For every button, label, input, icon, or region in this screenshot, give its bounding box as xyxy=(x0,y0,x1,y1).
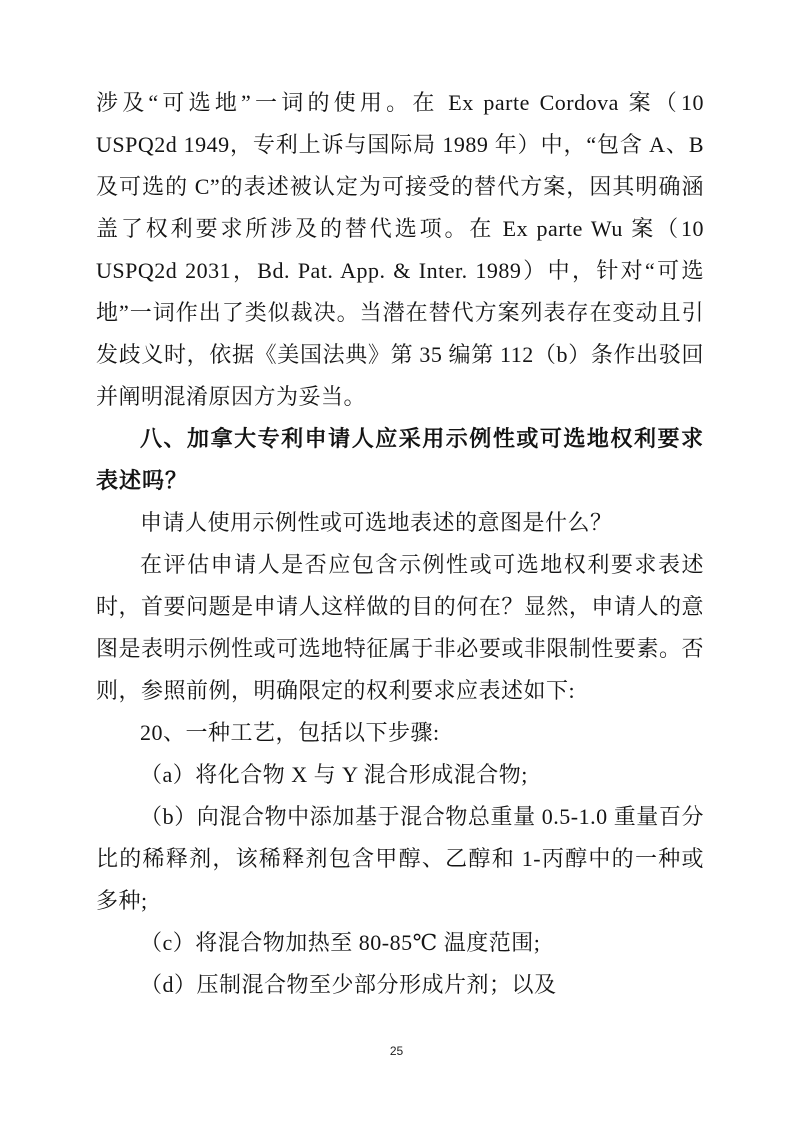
page-number: 25 xyxy=(0,1044,793,1058)
claim-step-b: （b）向混合物中添加基于混合物总重量 0.5-1.0 重量百分比的稀释剂，该稀释… xyxy=(96,796,704,922)
body-paragraph: 在评估申请人是否应包含示例性或可选地权利要求表述时，首要问题是申请人这样做的目的… xyxy=(96,544,704,712)
claim-step-d: （d）压制混合物至少部分形成片剂；以及 xyxy=(96,964,704,1006)
document-body: 涉及“可选地”一词的使用。在 Ex parte Cordova 案（10 USP… xyxy=(96,82,704,1006)
claim-step-a: （a）将化合物 X 与 Y 混合形成混合物; xyxy=(96,754,704,796)
document-page: 涉及“可选地”一词的使用。在 Ex parte Cordova 案（10 USP… xyxy=(0,0,793,1122)
claim-preamble: 20、一种工艺，包括以下步骤: xyxy=(96,712,704,754)
claim-step-c: （c）将混合物加热至 80-85℃ 温度范围; xyxy=(96,922,704,964)
section-heading: 八、加拿大专利申请人应采用示例性或可选地权利要求表述吗？ xyxy=(96,418,704,502)
body-paragraph-continuation: 涉及“可选地”一词的使用。在 Ex parte Cordova 案（10 USP… xyxy=(96,82,704,418)
body-paragraph: 申请人使用示例性或可选地表述的意图是什么？ xyxy=(96,502,704,544)
